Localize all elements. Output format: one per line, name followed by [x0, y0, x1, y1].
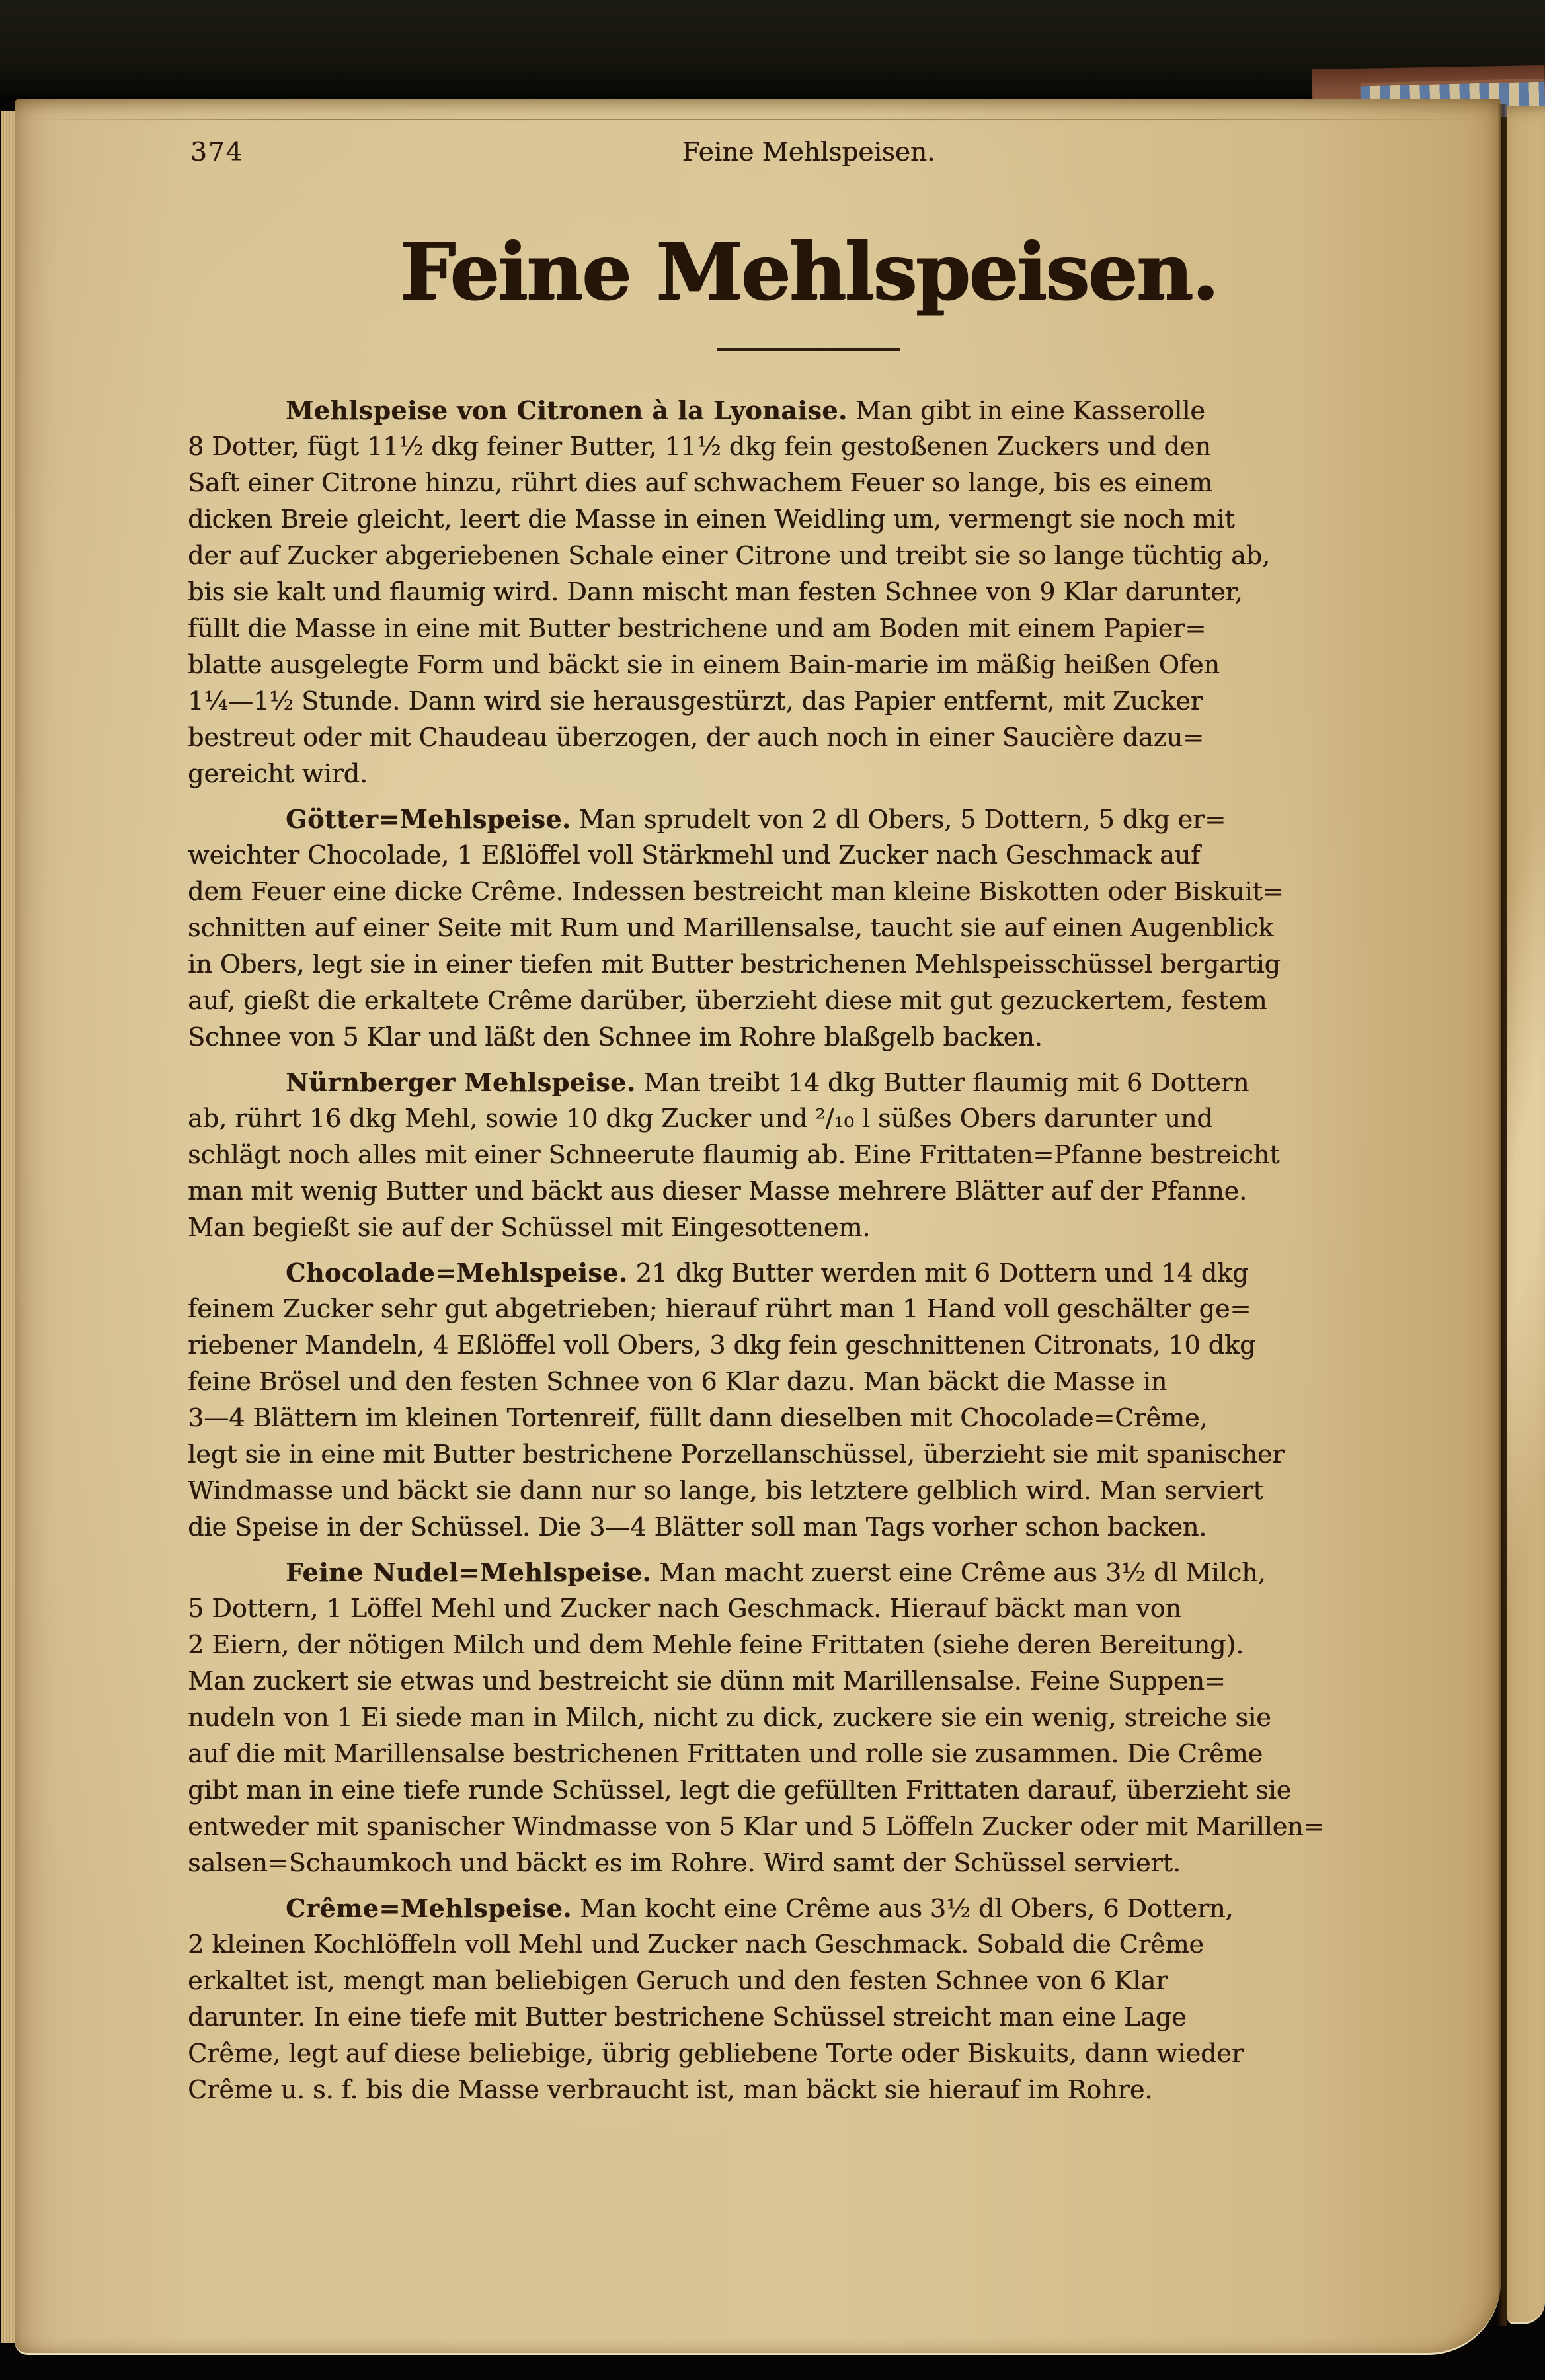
recipe-line: Crême u. s. f. bis die Masse verbraucht …: [188, 2072, 1429, 2108]
recipe-line: legt sie in eine mit Butter bestrichene …: [188, 1436, 1429, 1473]
recipe-line: der auf Zucker abgeriebenen Schale einer…: [188, 538, 1429, 574]
running-header: Feine Mehlspeisen.: [682, 138, 935, 167]
recipe-line: Crême, legt auf diese beliebige, übrig g…: [188, 2035, 1429, 2072]
page-number: 374: [190, 138, 243, 167]
recipe-line: in Obers, legt sie in einer tiefen mit B…: [188, 946, 1429, 983]
recipe-line: bis sie kalt und flaumig wird. Dann misc…: [188, 574, 1429, 610]
facing-page-sliver: [1507, 106, 1545, 2324]
page-header: 374 Feine Mehlspeisen.: [188, 138, 1429, 172]
recipe-line: schnitten auf einer Seite mit Rum und Ma…: [188, 910, 1429, 946]
recipe-line: 2 kleinen Kochlöffeln voll Mehl und Zuck…: [188, 1926, 1429, 1963]
recipe-line: 5 Dottern, 1 Löffel Mehl und Zucker nach…: [188, 1590, 1429, 1627]
recipe-line: Saft einer Citrone hinzu, rührt dies auf…: [188, 465, 1429, 501]
recipe-line: gibt man in eine tiefe runde Schüssel, l…: [188, 1772, 1429, 1809]
recipe-paragraph: Mehlspeise von Citronen à la Lyonaise. M…: [188, 392, 1429, 792]
recipe-line: erkaltet ist, mengt man beliebigen Geruc…: [188, 1963, 1429, 1999]
recipe-line: darunter. In eine tiefe mit Butter bestr…: [188, 1999, 1429, 2035]
recipe-line: Schnee von 5 Klar und läßt den Schnee im…: [188, 1019, 1429, 1055]
recipe-line: Windmasse und bäckt sie dann nur so lang…: [188, 1473, 1429, 1509]
recipe-line: Man kocht eine Crême aus 3½ dl Obers, 6 …: [580, 1894, 1234, 1923]
recipe-line: feinem Zucker sehr gut abgetrieben; hier…: [188, 1291, 1429, 1327]
recipe-line: Man begießt sie auf der Schüssel mit Ein…: [188, 1210, 1429, 1246]
recipe-line: entweder mit spanischer Windmasse von 5 …: [188, 1809, 1429, 1845]
scanned-book-photo: { "book": { "page_number": "374", "runni…: [0, 0, 1545, 2380]
recipe-line: riebener Mandeln, 4 Eßlöffel voll Obers,…: [188, 1327, 1429, 1364]
recipe-line: nudeln von 1 Ei siede man in Milch, nich…: [188, 1700, 1429, 1736]
page-content: 374 Feine Mehlspeisen. Feine Mehlspeisen…: [188, 99, 1429, 2353]
recipe-line: Man zuckert sie etwas und bestreicht sie…: [188, 1663, 1429, 1700]
recipe-line: 2 Eiern, der nötigen Milch und dem Mehle…: [188, 1627, 1429, 1663]
recipe-first-line: Feine Nudel=Mehlspeise. Man macht zuerst…: [188, 1554, 1429, 1590]
recipe-heading: Mehlspeise von Citronen à la Lyonaise.: [286, 395, 848, 425]
recipe-line: auf die mit Marillensalse bestrichenen F…: [188, 1736, 1429, 1772]
recipe-line: gereicht wird.: [188, 756, 1429, 792]
recipe-line: dicken Breie gleicht, leert die Masse in…: [188, 501, 1429, 538]
recipe-line: 21 dkg Butter werden mit 6 Dottern und 1…: [636, 1258, 1249, 1288]
recipe-line: dem Feuer eine dicke Crême. Indessen bes…: [188, 874, 1429, 910]
recipe-paragraph: Chocolade=Mehlspeise. 21 dkg Butter werd…: [188, 1254, 1429, 1545]
title-divider-rule: [717, 348, 900, 351]
recipe-heading: Nürnberger Mehlspeise.: [286, 1067, 635, 1097]
recipe-paragraph: Götter=Mehlspeise. Man sprudelt von 2 dl…: [188, 801, 1429, 1055]
recipe-line: Man treibt 14 dkg Butter flaumig mit 6 D…: [644, 1068, 1249, 1097]
recipe-line: weichter Chocolade, 1 Eßlöffel voll Stär…: [188, 837, 1429, 874]
recipe-paragraph: Feine Nudel=Mehlspeise. Man macht zuerst…: [188, 1554, 1429, 1881]
recipe-heading: Crême=Mehlspeise.: [286, 1893, 572, 1923]
recipe-line: die Speise in der Schüssel. Die 3—4 Blät…: [188, 1509, 1429, 1545]
recipe-line: füllt die Masse in eine mit Butter bestr…: [188, 610, 1429, 647]
recipe-text-block: Mehlspeise von Citronen à la Lyonaise. M…: [188, 392, 1429, 2108]
recipe-heading: Chocolade=Mehlspeise.: [286, 1258, 628, 1288]
recipe-heading: Feine Nudel=Mehlspeise.: [286, 1557, 651, 1587]
recipe-line: feine Brösel und den festen Schnee von 6…: [188, 1364, 1429, 1400]
book-page: 374 Feine Mehlspeisen. Feine Mehlspeisen…: [15, 99, 1501, 2355]
recipe-first-line: Götter=Mehlspeise. Man sprudelt von 2 dl…: [188, 801, 1429, 837]
page-gutter-fold: [1498, 104, 1507, 2326]
recipe-first-line: Mehlspeise von Citronen à la Lyonaise. M…: [188, 392, 1429, 429]
recipe-line: salsen=Schaumkoch und bäckt es im Rohre.…: [188, 1845, 1429, 1881]
recipe-first-line: Nürnberger Mehlspeise. Man treibt 14 dkg…: [188, 1064, 1429, 1100]
recipe-line: man mit wenig Butter und bäckt aus diese…: [188, 1173, 1429, 1210]
recipe-line: 8 Dotter, fügt 11½ dkg feiner Butter, 11…: [188, 429, 1429, 465]
recipe-line: Man gibt in eine Kasserolle: [855, 396, 1205, 425]
recipe-line: schlägt noch alles mit einer Schneerute …: [188, 1137, 1429, 1173]
recipe-line: Man macht zuerst eine Crême aus 3½ dl Mi…: [659, 1558, 1265, 1587]
recipe-line: 3—4 Blättern im kleinen Tortenreif, füll…: [188, 1400, 1429, 1436]
recipe-paragraph: Crême=Mehlspeise. Man kocht eine Crême a…: [188, 1890, 1429, 2108]
recipe-line: ab, rührt 16 dkg Mehl, sowie 10 dkg Zuck…: [188, 1100, 1429, 1137]
recipe-line: blatte ausgelegte Form und bäckt sie in …: [188, 647, 1429, 683]
chapter-title: Feine Mehlspeisen.: [188, 229, 1429, 315]
recipe-paragraph: Nürnberger Mehlspeise. Man treibt 14 dkg…: [188, 1064, 1429, 1246]
recipe-line: 1¼—1½ Stunde. Dann wird sie herausgestür…: [188, 683, 1429, 719]
recipe-heading: Götter=Mehlspeise.: [286, 804, 571, 834]
recipe-line: Man sprudelt von 2 dl Obers, 5 Dottern, …: [579, 805, 1226, 834]
recipe-first-line: Chocolade=Mehlspeise. 21 dkg Butter werd…: [188, 1254, 1429, 1291]
recipe-line: auf, gießt die erkaltete Crême darüber, …: [188, 983, 1429, 1019]
recipe-first-line: Crême=Mehlspeise. Man kocht eine Crême a…: [188, 1890, 1429, 1926]
recipe-line: bestreut oder mit Chaudeau überzogen, de…: [188, 719, 1429, 756]
